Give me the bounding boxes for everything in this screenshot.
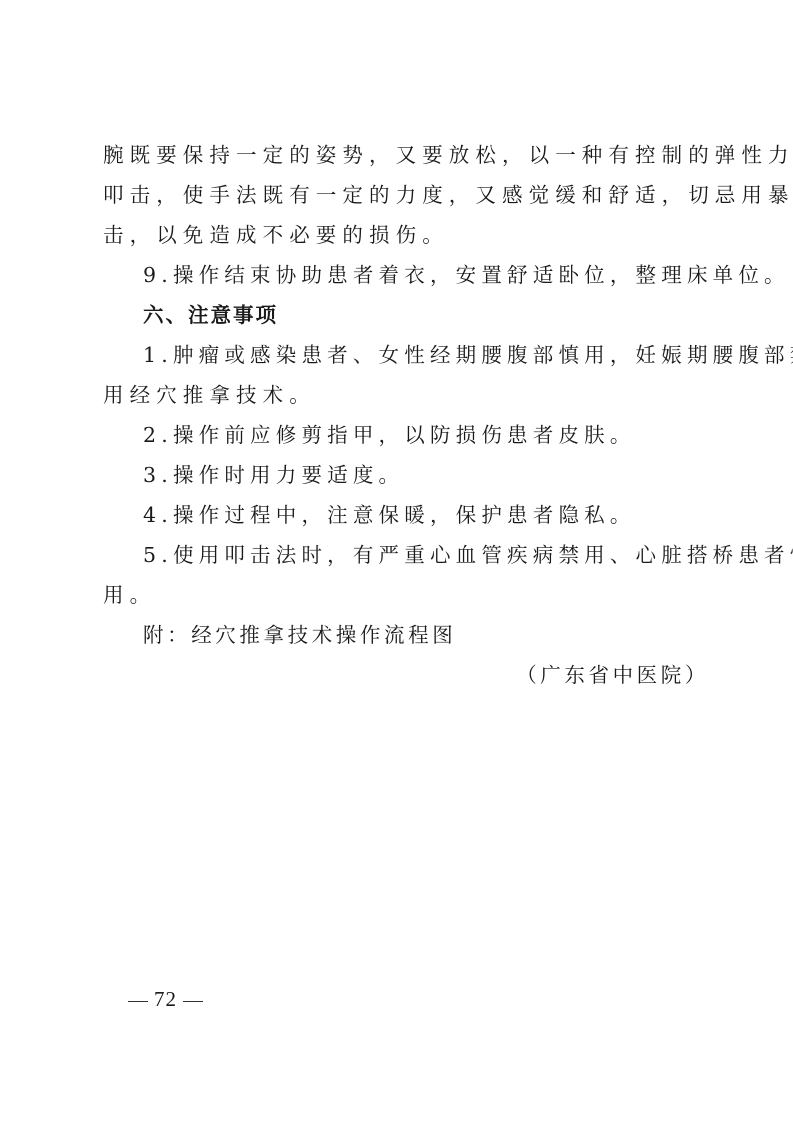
page-number-value: 72: [154, 987, 177, 1011]
section-heading: 六、注意事项: [143, 301, 733, 329]
body-text-line: 叩击，使手法既有一定的力度，又感觉缓和舒适，切忌用暴力打: [103, 181, 693, 209]
body-text-line: 击，以免造成不必要的损伤。: [103, 221, 693, 249]
note-item-5: 5.使用叩击法时，有严重心血管疾病禁用、心脏搭桥患者慎: [143, 541, 733, 569]
page-number: 72: [122, 985, 209, 1013]
note-item-1-continued: 用经穴推拿技术。: [103, 381, 693, 409]
body-text-line: 腕既要保持一定的姿势，又要放松，以一种有控制的弹性力进行: [103, 141, 693, 169]
document-page: 腕既要保持一定的姿势，又要放松，以一种有控制的弹性力进行 叩击，使手法既有一定的…: [0, 0, 793, 1122]
note-item-1: 1.肿瘤或感染患者、女性经期腰腹部慎用，妊娠期腰腹部禁: [143, 341, 733, 369]
note-item-5-continued: 用。: [103, 581, 693, 609]
note-item-4: 4.操作过程中，注意保暖，保护患者隐私。: [143, 501, 733, 529]
step-9-text: 9.操作结束协助患者着衣，安置舒适卧位，整理床单位。: [143, 261, 733, 289]
source-attribution: （广东省中医院）: [516, 661, 709, 689]
dash-left: [128, 1001, 148, 1002]
note-item-2: 2.操作前应修剪指甲，以防损伤患者皮肤。: [143, 421, 733, 449]
appendix-note: 附：经穴推拿技术操作流程图: [143, 621, 733, 649]
note-item-3: 3.操作时用力要适度。: [143, 461, 733, 489]
dash-right: [183, 1001, 203, 1002]
